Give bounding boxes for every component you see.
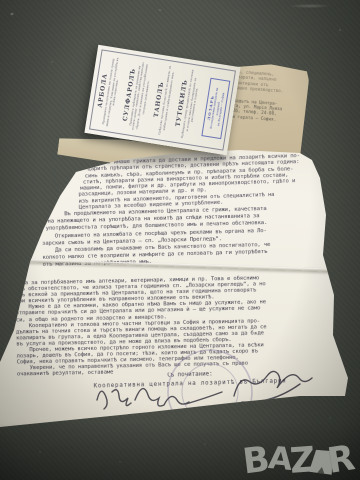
product-entry: ТУТОКИЛЪ Прѣпаратъ срещу вредителитѣ по … <box>173 67 203 140</box>
card-stamp-box: ЛОЗАРЬ Кооперативна централа на лозаритѣ… <box>201 77 231 139</box>
product-entry: СУЛФАРОЛЪ Праховитъ прѣпаратъ за прашене… <box>120 59 154 133</box>
product-entry: ТАНОЛЪ Срѣдство противъ болеститѣ по вин… <box>150 64 176 137</box>
watermark-letter: Z <box>289 445 317 478</box>
card-frame: АРБОЛА Препаратъ за пръскане на лозята с… <box>89 49 236 150</box>
watermark-logo: B A Z R <box>243 446 355 478</box>
handwritten-signature-middle <box>186 392 222 404</box>
photo-of-documents: НИНЪ, специаленъ, прѣпарати, напълно гар… <box>0 0 360 480</box>
handwritten-signature-left <box>97 389 189 409</box>
product-entry: АРБОЛА Препаратъ за пръскане на лозята с… <box>94 55 124 128</box>
watermark-letter: R <box>326 443 358 478</box>
